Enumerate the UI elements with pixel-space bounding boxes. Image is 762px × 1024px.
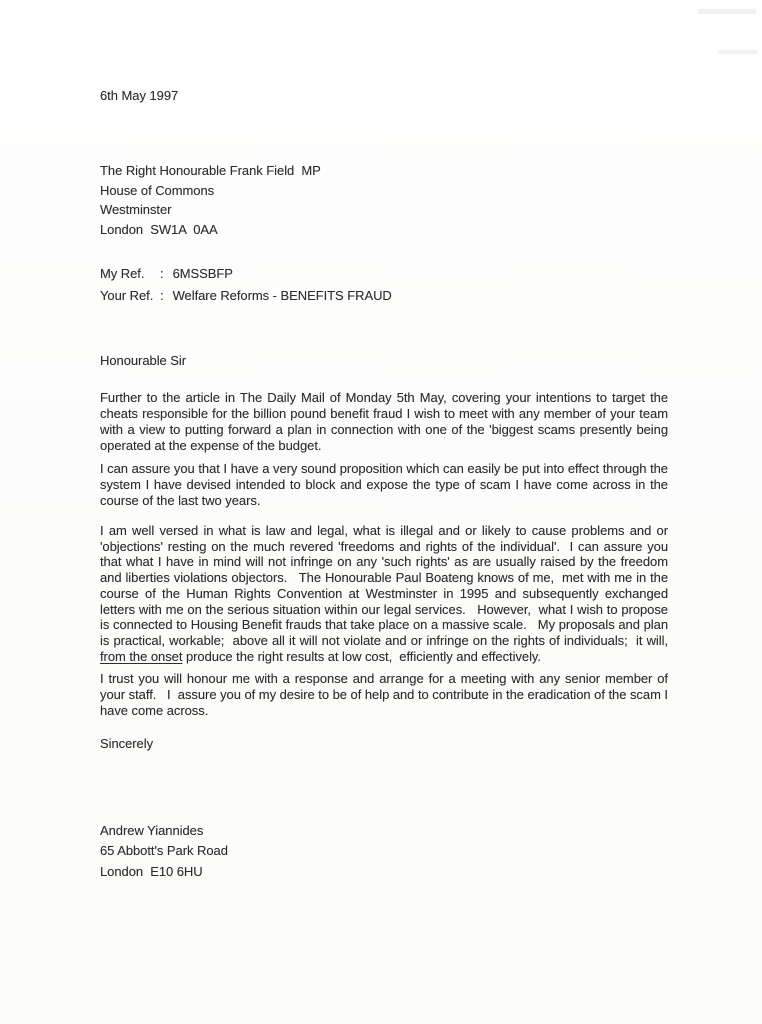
underlined-phrase: from the onset — [100, 649, 182, 664]
your-ref-label: Your Ref. — [100, 285, 160, 307]
my-ref-label: My Ref. — [100, 263, 160, 285]
body-paragraph-1: Further to the article in The Daily Mail… — [100, 390, 668, 454]
body-paragraph-2: I can assure you that I have a very soun… — [100, 461, 668, 509]
body-paragraph-4: I trust you will honour me with a respon… — [100, 671, 668, 719]
recipient-name: The Right Honourable Frank Field MP — [100, 161, 668, 181]
letter-date: 6th May 1997 — [100, 88, 668, 104]
recipient-address: The Right Honourable Frank Field MP Hous… — [100, 161, 668, 239]
scan-artifact — [698, 9, 756, 14]
sender-name: Andrew Yiannides — [100, 821, 668, 841]
scan-artifact — [718, 50, 758, 54]
reference-block: My Ref. : 6MSSBFP Your Ref. : Welfare Re… — [100, 263, 668, 307]
recipient-address-line: House of Commons — [100, 181, 668, 201]
ref-separator: : — [160, 285, 164, 307]
your-ref-row: Your Ref. : Welfare Reforms - BENEFITS F… — [100, 285, 668, 307]
letter-page: 6th May 1997 The Right Honourable Frank … — [0, 0, 762, 1024]
sender-address-line: 65 Abbott's Park Road — [100, 841, 668, 861]
your-ref-value: Welfare Reforms - BENEFITS FRAUD — [173, 285, 392, 307]
paragraph-3-text: I am well versed in what is law and lega… — [100, 523, 672, 648]
my-ref-row: My Ref. : 6MSSBFP — [100, 263, 668, 285]
recipient-address-line: Westminster — [100, 200, 668, 220]
paragraph-3-text: produce the right results at low cost, e… — [186, 649, 541, 664]
sender-block: Andrew Yiannides 65 Abbott's Park Road L… — [100, 821, 668, 882]
recipient-address-line: London SW1A 0AA — [100, 220, 668, 240]
salutation: Honourable Sir — [100, 353, 668, 369]
closing: Sincerely — [100, 736, 668, 752]
sender-address-line: London E10 6HU — [100, 862, 668, 882]
ref-separator: : — [160, 263, 164, 285]
body-paragraph-3: I am well versed in what is law and lega… — [100, 523, 668, 664]
my-ref-value: 6MSSBFP — [173, 263, 233, 285]
